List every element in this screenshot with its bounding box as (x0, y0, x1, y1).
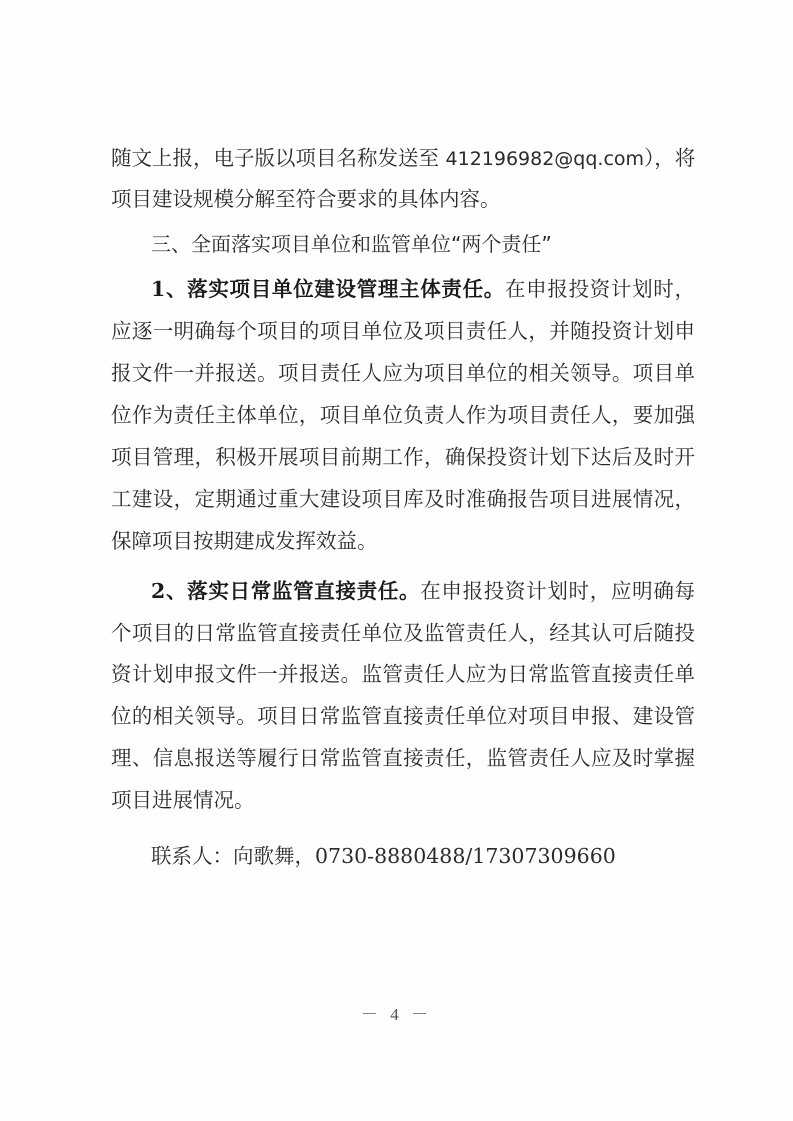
document-page: 随文上报，电子版以项目名称发送至 412196982@qq.com），将 项目建… (0, 0, 793, 1121)
item1-first-line: 1、落实项目单位建设管理主体责任。在申报投资计划时， (151, 276, 695, 302)
paragraph-line: 个项目的日常监管直接责任单位及监管责任人，经其认可后随投 (111, 620, 695, 646)
paragraph-line: 资计划申报文件一并报送。监管责任人应为日常监管直接责任单 (111, 661, 695, 687)
paragraph-line: 项目进展情况。 (111, 787, 695, 813)
paragraph-line: 应逐一明确每个项目的项目单位及项目责任人，并随投资计划申 (111, 318, 695, 344)
text-segment: 在申报投资计划时，应明确每 (420, 579, 695, 603)
paragraph-line: 理、信息报送等履行日常监管直接责任，监管责任人应及时掌握 (111, 745, 695, 771)
text-segment: ），将 (644, 146, 695, 170)
paragraph-line: 工建设，定期通过重大建设项目库及时准确报告项目进展情况， (111, 486, 695, 512)
item1-title: 1、落实项目单位建设管理主体责任。 (151, 277, 505, 301)
text-segment: 在申报投资计划时， (505, 277, 695, 301)
email-address: 412196982@qq.com (446, 148, 645, 170)
paragraph-line: 项目建设规模分解至符合要求的具体内容。 (111, 186, 695, 212)
paragraph-line: 位作为责任主体单位，项目单位负责人作为项目责任人，要加强 (111, 402, 695, 428)
contact-line: 联系人：向歌舞，0730-8880488/17307309660 (151, 843, 695, 869)
paragraph-line: 位的相关领导。项目日常监管直接责任单位对项目申报、建设管 (111, 703, 695, 729)
paragraph-line: 保障项目按期建成发挥效益。 (111, 528, 695, 554)
page-number: － 4 － (0, 1000, 793, 1025)
item2-title: 2、落实日常监管直接责任。 (151, 579, 420, 603)
section-heading: 三、全面落实项目单位和监管单位“两个责任” (151, 231, 695, 257)
paragraph-line: 随文上报，电子版以项目名称发送至 412196982@qq.com），将 (111, 145, 695, 172)
text-segment: 随文上报，电子版以项目名称发送至 (111, 146, 446, 170)
paragraph-line: 报文件一并报送。项目责任人应为项目单位的相关领导。项目单 (111, 360, 695, 386)
item2-first-line: 2、落实日常监管直接责任。在申报投资计划时，应明确每 (151, 578, 695, 604)
paragraph-line: 项目管理，积极开展项目前期工作，确保投资计划下达后及时开 (111, 444, 695, 470)
